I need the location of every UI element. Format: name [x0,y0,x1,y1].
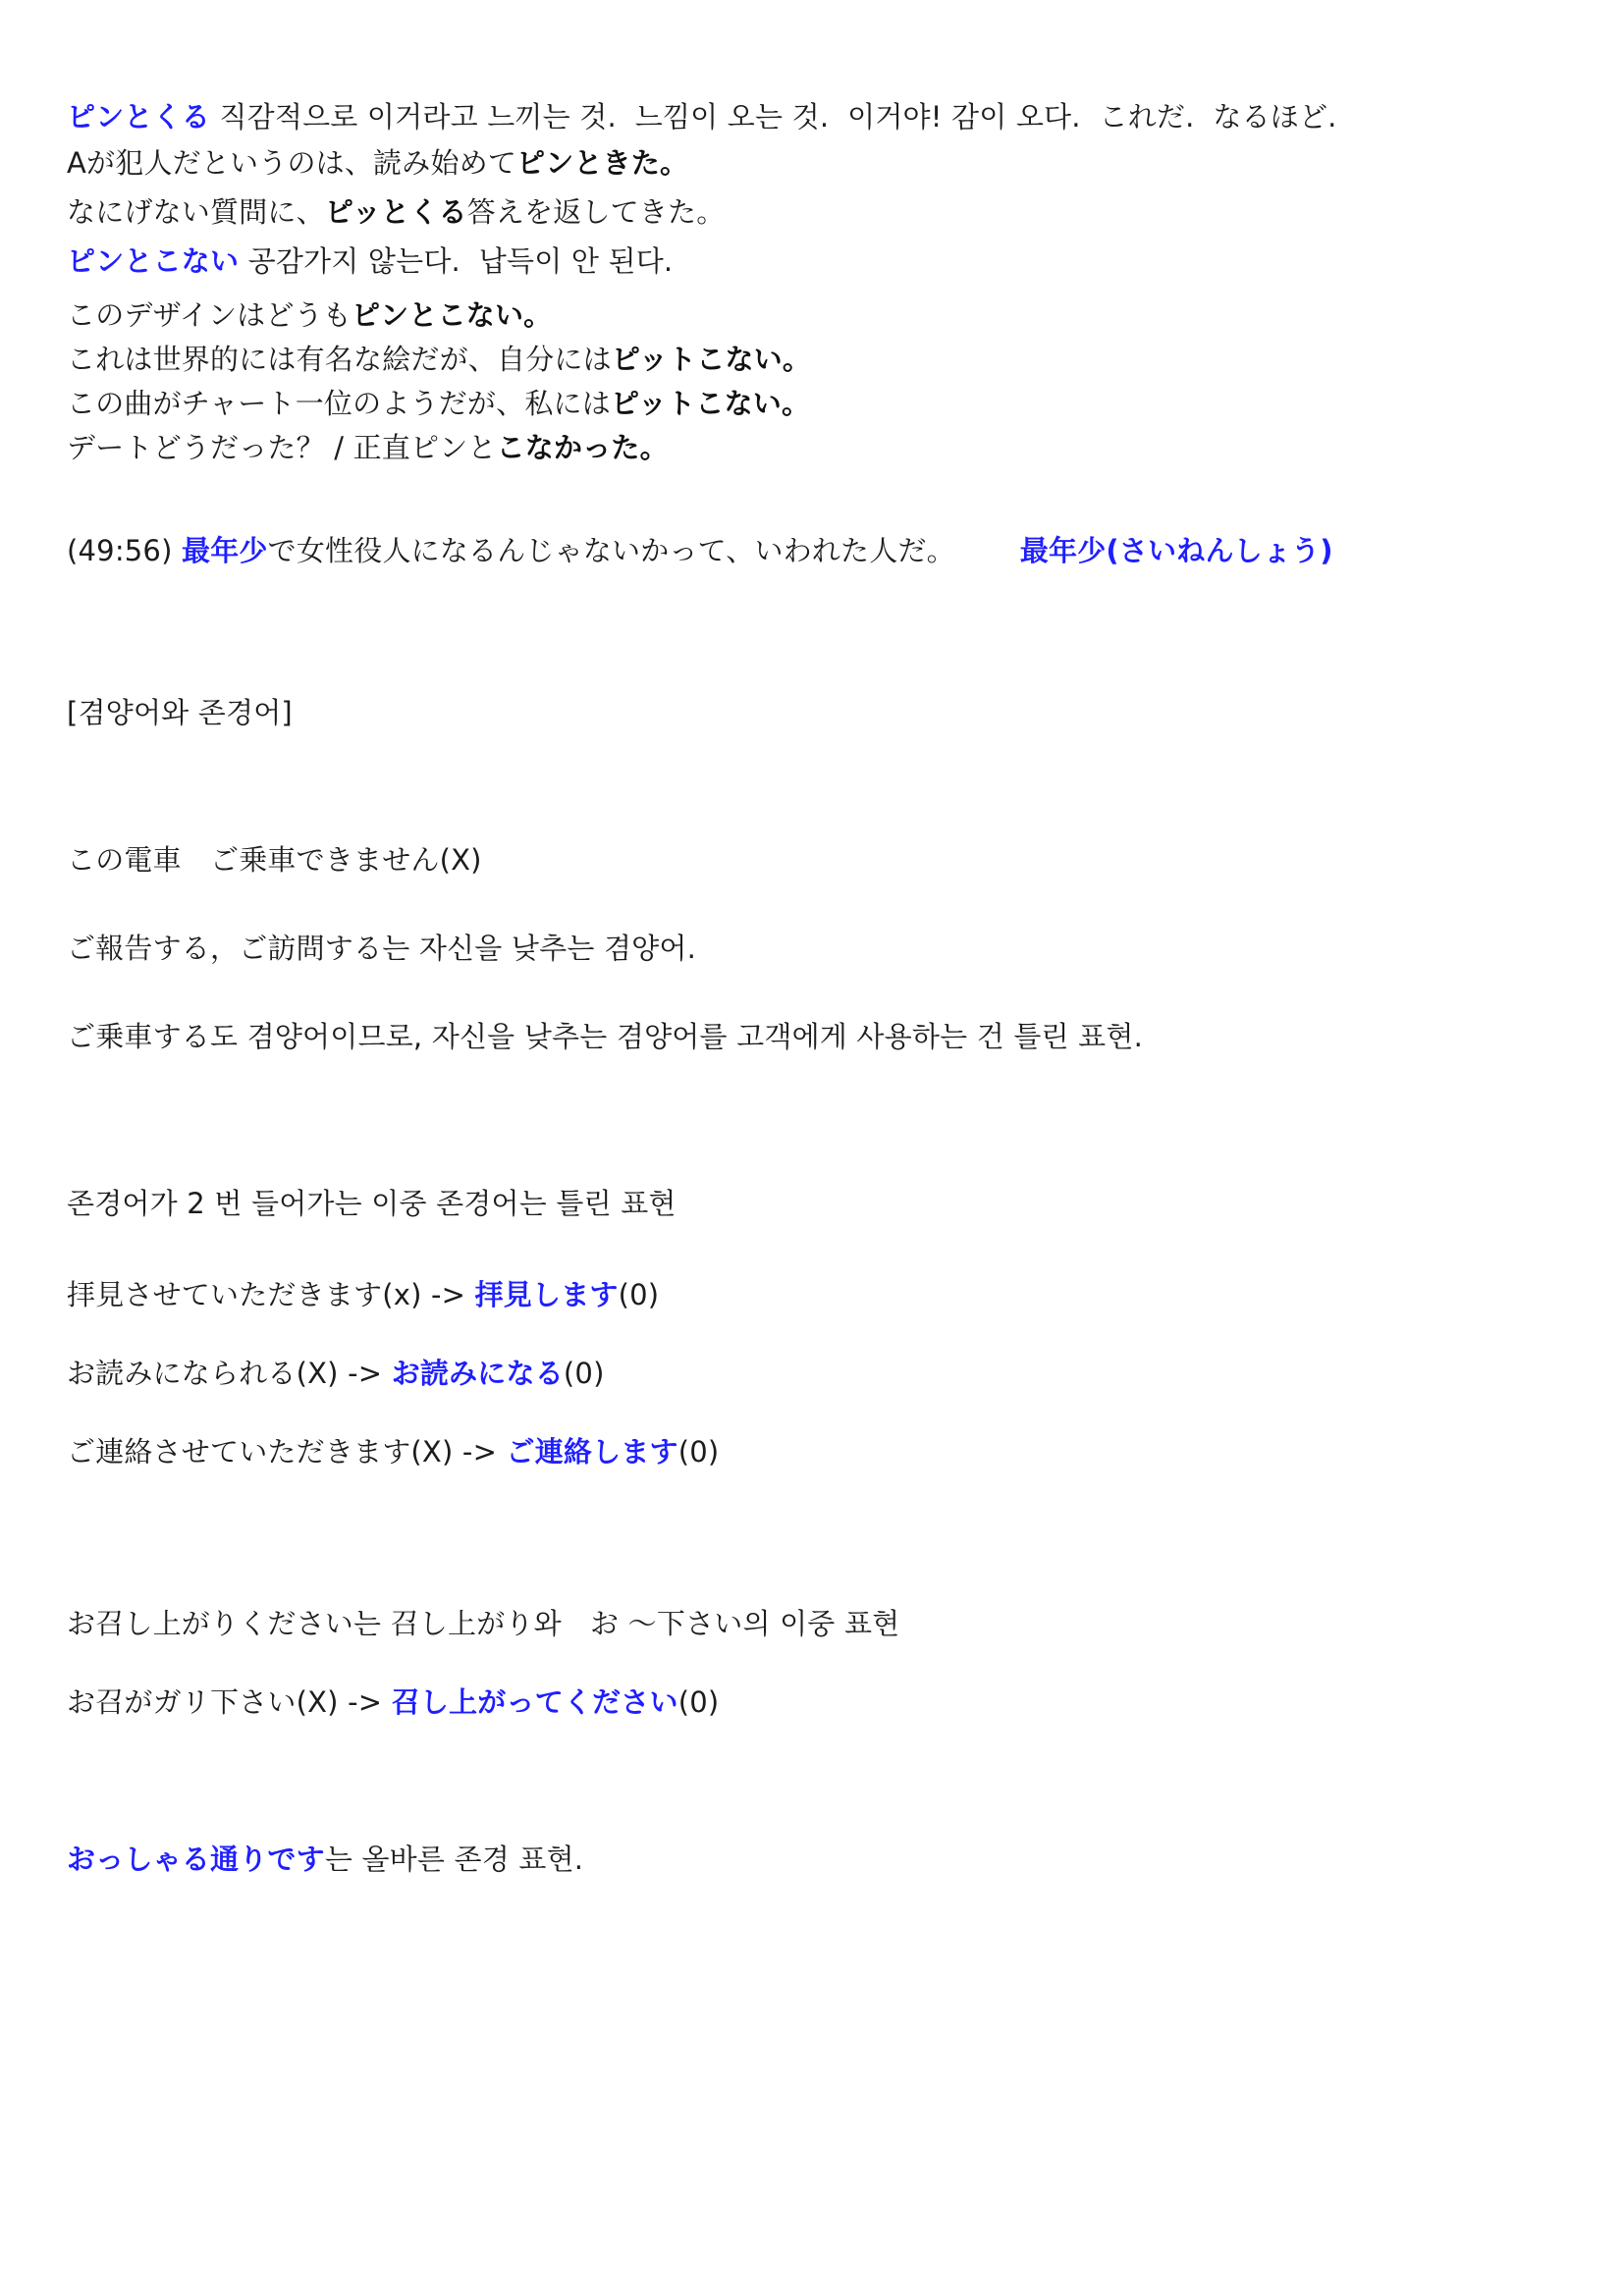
pin-to-kita-example-segment-0: Aが犯人だというのは、読み始めて [67,146,516,180]
pin-to-konai-definition-segment-1: 공감가지 않는다. 납득이 안 된다. [239,244,673,278]
kenjougo-explanation-1-segment-0: ご報告する，ご訪問する는 자신을 낮추는 겸양어. [67,932,696,965]
meshiagatte-correction: お召がガリ下さい(X) -> 召し上がってください(0) [67,1684,1575,1720]
song-example: この曲がチャート一位のようだが、私にはピットこない。 [67,386,1575,421]
haiken-correction-segment-0: 拝見させていただきます(x) -> [67,1278,475,1311]
timestamp-sainenshou-note-segment-2: で女性役人になるんじゃないかって、いわれた人だ。 [268,534,1020,567]
timestamp-sainenshou-note-segment-3: 最年少(さいねんしょう) [1020,534,1333,567]
pin-to-kita-example-segment-1: ピンときた。 [516,146,688,180]
date-example-segment-1: こなかった。 [497,431,669,464]
gorenraku-correction-segment-2: (0) [678,1435,720,1468]
timestamp-sainenshou-note-segment-0: (49:56) [67,534,182,567]
design-example: このデザインはどうもピンとこない。 [67,297,1575,333]
pitto-kuru-example: なにげない質問に、ピッとくる答えを返してきた。 [67,194,1575,230]
ossharu-toori-note-segment-0: おっしゃる通りです [67,1842,325,1876]
ossharu-toori-note-segment-1: 는 올바른 존경 표현. [325,1842,583,1876]
kenjougo-explanation-1: ご報告する，ご訪問する는 자신을 낮추는 겸양어. [67,931,1575,966]
train-example: この電車 ご乗車できません(X) [67,842,1575,878]
haiken-correction-segment-1: 拝見します [475,1278,619,1311]
document-body: ピンとくる 직감적으로 이거라고 느끼는 것. 느낌이 오는 것. 이거야! 감… [0,0,1624,2296]
song-example-segment-1: ピットこない。 [611,387,810,420]
kenjougo-explanation-2: ご乗車する도 겸양어이므로, 자신을 낮추는 겸양어를 고객에게 사용하는 건 … [67,1019,1575,1054]
pin-to-konai-definition-segment-0: ピンとこない [67,244,239,278]
double-honorific-rule: 존경어가 2 번 들어가는 이중 존경어는 틀린 표현 [67,1186,1575,1221]
timestamp-sainenshou-note: (49:56) 最年少で女性役人になるんじゃないかって、いわれた人だ。 最年少(… [67,533,1575,568]
gorenraku-correction-segment-1: ご連絡します [507,1435,678,1468]
kenjougo-explanation-2-segment-0: ご乗車する도 겸양어이므로, 자신을 낮추는 겸양어를 고객에게 사용하는 건 … [67,1020,1143,1053]
pin-to-konai-definition: ピンとこない 공감가지 않는다. 납득이 안 된다. [67,243,1575,279]
document-page: { "page": { "background": "#ffffff", "te… [0,0,1624,2296]
song-example-segment-0: この曲がチャート一位のようだが、私には [67,387,611,420]
pin-to-kuru-definition-segment-0: ピンとくる [67,100,210,133]
design-example-segment-1: ピンとこない。 [352,298,552,332]
pitto-kuru-example-segment-0: なにげない質問に、 [67,195,325,229]
section-title-kenjougo-sonkeigo-segment-0: [겸양어와 존경어] [67,696,293,729]
timestamp-sainenshou-note-segment-1: 最年少 [182,534,268,567]
date-example: デートどうだった？ / 正直ピンとこなかった。 [67,430,1575,465]
meshiagatte-correction-segment-2: (0) [678,1685,720,1719]
oyomi-correction: お読みになられる(X) -> お読みになる(0) [67,1356,1575,1391]
haiken-correction: 拝見させていただきます(x) -> 拝見します(0) [67,1277,1575,1312]
pin-to-kuru-definition-segment-1: 직감적으로 이거라고 느끼는 것. 느낌이 오는 것. 이거야! 감이 오다. … [210,100,1337,133]
meshiagari-double-rule: お召し上がりください는 召し上がり와 お ～下さい의 이중 표현 [67,1606,1575,1641]
gorenraku-correction: ご連絡させていただきます(X) -> ご連絡します(0) [67,1434,1575,1469]
painting-example: これは世界的には有名な絵だが、自分にはピットこない。 [67,342,1575,377]
pitto-kuru-example-segment-2: 答えを返してきた。 [467,195,726,229]
section-title-kenjougo-sonkeigo: [겸양어와 존경어] [67,695,1575,730]
meshiagari-double-rule-segment-0: お召し上がりください는 召し上がり와 お ～下さい의 이중 표현 [67,1607,899,1640]
painting-example-segment-0: これは世界的には有名な絵だが、自分には [67,343,612,376]
ossharu-toori-note: おっしゃる通りです는 올바른 존경 표현. [67,1842,1575,1877]
oyomi-correction-segment-0: お読みになられる(X) -> [67,1357,392,1390]
double-honorific-rule-segment-0: 존경어가 2 번 들어가는 이중 존경어는 틀린 표현 [67,1187,677,1220]
gorenraku-correction-segment-0: ご連絡させていただきます(X) -> [67,1435,507,1468]
painting-example-segment-1: ピットこない。 [612,343,811,376]
oyomi-correction-segment-2: (0) [564,1357,605,1390]
date-example-segment-0: デートどうだった？ / 正直ピンと [67,431,497,464]
design-example-segment-0: このデザインはどうも [67,298,352,332]
haiken-correction-segment-2: (0) [619,1278,660,1311]
meshiagatte-correction-segment-0: お召がガリ下さい(X) -> [67,1685,392,1719]
pitto-kuru-example-segment-1: ピッとくる [325,195,467,229]
oyomi-correction-segment-1: お読みになる [392,1357,564,1390]
train-example-segment-0: この電車 ご乗車できません(X) [67,843,482,877]
pin-to-kita-example: Aが犯人だというのは、読み始めてピンときた。 [67,145,1575,181]
pin-to-kuru-definition: ピンとくる 직감적으로 이거라고 느끼는 것. 느낌이 오는 것. 이거야! 감… [67,99,1575,134]
meshiagatte-correction-segment-1: 召し上がってください [392,1685,678,1719]
